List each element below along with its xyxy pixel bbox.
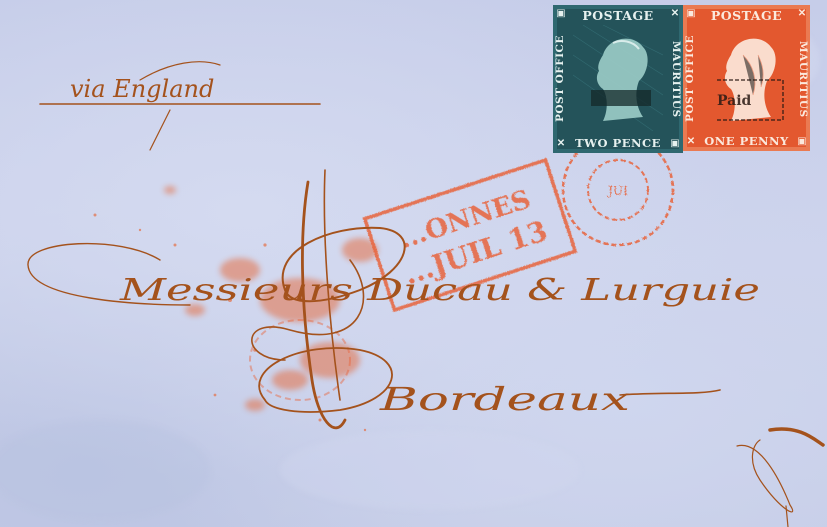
corner-ornament-icon: ▣ bbox=[685, 8, 697, 20]
stamp-top-label: POSTAGE bbox=[569, 8, 667, 23]
corner-ornament-icon: ✕ bbox=[669, 8, 681, 20]
queen-victoria-portrait: Paid bbox=[703, 25, 791, 131]
svg-text:Paid: Paid bbox=[717, 93, 752, 109]
corner-ornament-icon: ✕ bbox=[555, 138, 567, 150]
queen-victoria-portrait bbox=[573, 25, 663, 131]
svg-text:JUI: JUI bbox=[606, 184, 628, 198]
stamp-right-label: MAURITIUS bbox=[666, 25, 682, 133]
stamp-value-label: ONE PENNY bbox=[699, 134, 794, 148]
corner-ornament-icon: ▣ bbox=[669, 138, 681, 150]
corner-ornament-icon: ▣ bbox=[555, 8, 567, 20]
city: Bordeaux bbox=[378, 380, 630, 418]
addressee: Messieurs Ducau & Lurguie bbox=[119, 273, 760, 308]
stamp-two-pence-blue: ▣ ✕ ✕ ▣ POSTAGE POST OFFICE MAURITIUS TW… bbox=[553, 5, 683, 153]
corner-ornament-icon: ▣ bbox=[796, 136, 808, 148]
stamp-left-label: POST OFFICE bbox=[554, 25, 570, 133]
stamp-left-label: POST OFFICE bbox=[684, 25, 700, 133]
stamp-top-label: POSTAGE bbox=[699, 8, 794, 23]
corner-ornament-icon: ✕ bbox=[685, 136, 697, 148]
envelope-cover: ...ONNES ...JUIL 13 JUI bbox=[0, 0, 827, 527]
stamp-value-label: TWO PENCE bbox=[569, 136, 667, 150]
stamp-one-penny-red: ▣ ✕ ✕ ▣ POSTAGE POST OFFICE MAURITIUS Pa… bbox=[683, 5, 810, 151]
stamp-right-label: MAURITIUS bbox=[793, 25, 809, 133]
corner-ornament-icon: ✕ bbox=[796, 8, 808, 20]
route-note: via England bbox=[70, 75, 214, 103]
